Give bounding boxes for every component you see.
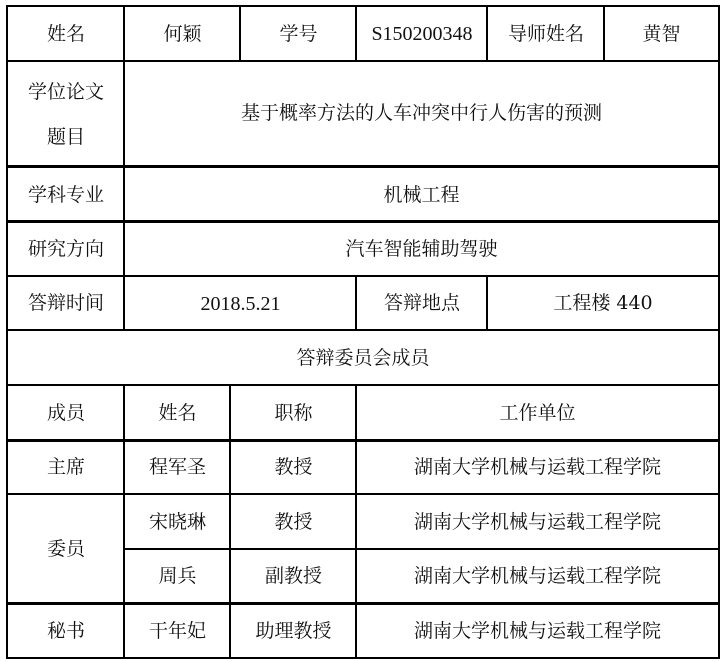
member-name: 周兵 (125, 550, 230, 603)
research-label: 研究方向 (8, 223, 124, 276)
row-divider (6, 329, 720, 331)
row-divider (6, 384, 720, 386)
col-divider (355, 5, 357, 62)
defense-place-value: 工程楼 440 (488, 277, 718, 330)
col-divider (123, 5, 125, 331)
research-value: 汽车智能辅助驾驶 (125, 223, 718, 276)
name-value: 何颖 (125, 7, 240, 61)
row-divider (124, 548, 720, 550)
thesis-title: 基于概率方法的人车冲突中行人伤害的预测 (125, 62, 718, 167)
row-divider (6, 275, 720, 277)
committee-title: 答辩委员会成员 (8, 331, 718, 385)
col-divider (239, 5, 241, 62)
member-title: 教授 (231, 495, 356, 549)
defense-place-label: 答辩地点 (357, 277, 487, 330)
col-divider (486, 5, 488, 62)
header-title: 职称 (231, 386, 356, 440)
advisor-label: 导师姓名 (488, 7, 604, 61)
col-divider (355, 384, 357, 659)
member-title: 助理教授 (231, 605, 356, 658)
defense-time-label: 答辩时间 (8, 277, 124, 330)
col-divider (603, 5, 605, 62)
member-unit: 湖南大学机械与运载工程学院 (357, 605, 718, 658)
thesis-label: 学位论文 题目 (8, 62, 124, 167)
row-divider (6, 220, 720, 223)
member-role-chair: 主席 (8, 441, 124, 494)
student-id-value: S150200348 (357, 7, 487, 61)
row-divider (6, 60, 720, 62)
col-divider (229, 384, 231, 659)
member-title: 教授 (231, 441, 356, 494)
name-label: 姓名 (8, 7, 124, 61)
member-name: 宋晓琳 (125, 495, 230, 549)
member-unit: 湖南大学机械与运载工程学院 (357, 495, 718, 549)
col-divider (123, 384, 125, 659)
member-unit: 湖南大学机械与运载工程学院 (357, 550, 718, 603)
table-border-left (6, 5, 8, 659)
row-divider (6, 165, 720, 168)
member-title: 副教授 (231, 550, 356, 603)
header-role: 成员 (8, 386, 124, 440)
advisor-value: 黄智 (605, 7, 718, 61)
thesis-label-line1: 学位论文 (28, 83, 104, 102)
member-name: 干年妃 (125, 605, 230, 658)
member-unit: 湖南大学机械与运载工程学院 (357, 441, 718, 494)
header-name: 姓名 (125, 386, 230, 440)
row-divider (6, 439, 720, 442)
member-name: 程军圣 (125, 441, 230, 494)
table-border-bottom (6, 657, 720, 659)
member-role-secretary: 秘书 (8, 605, 124, 658)
col-divider (486, 275, 488, 331)
header-unit: 工作单位 (357, 386, 718, 440)
major-value: 机械工程 (125, 168, 718, 222)
col-divider (355, 275, 357, 331)
defense-time-value: 2018.5.21 (125, 277, 356, 330)
row-divider (6, 493, 720, 495)
student-id-label: 学号 (241, 7, 356, 61)
member-role-committee: 委员 (8, 495, 124, 603)
table-border-right (718, 5, 720, 659)
table-border-top (6, 5, 720, 7)
row-divider (6, 602, 720, 605)
thesis-label-line2: 题目 (47, 128, 85, 147)
major-label: 学科专业 (8, 168, 124, 222)
